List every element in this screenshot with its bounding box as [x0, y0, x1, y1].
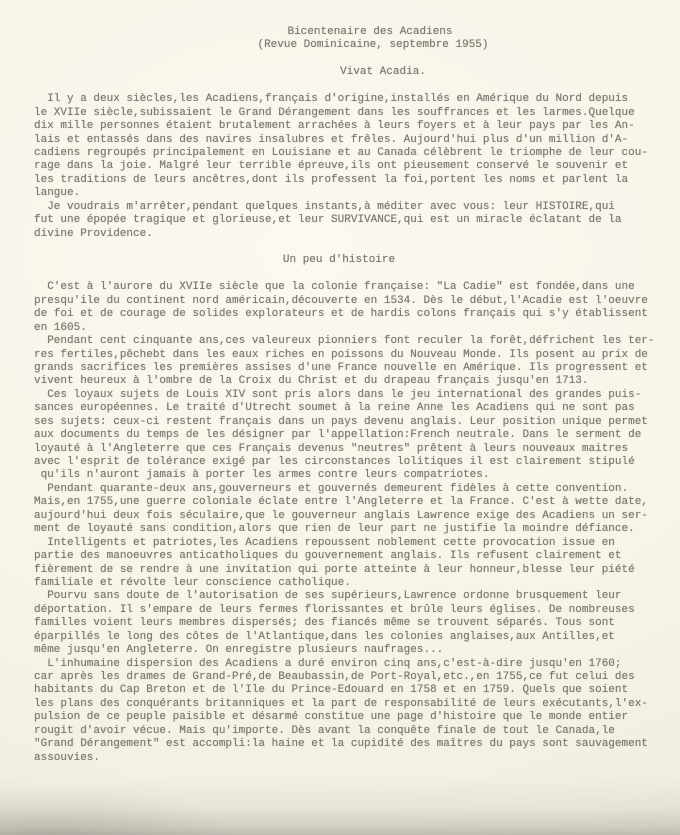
text-line: L'inhumaine dispersion des Acadiens a du… — [34, 658, 680, 671]
text-line: Pendant quarante-deux ans,gouverneurs et… — [34, 483, 680, 496]
text-line: rougit d'avoir vécue. Mais qu'importe. D… — [34, 725, 680, 738]
text-line: Mais,en 1755,une guerre coloniale éclate… — [34, 496, 680, 509]
text-line: fut une épopée tragique et glorieuse,et … — [34, 214, 680, 227]
text-line: avec l'esprit de tolérance exigé par les… — [34, 456, 680, 469]
text-line: "Grand Dérangement" est accompli:la hain… — [34, 738, 680, 751]
blank-line — [34, 268, 680, 281]
text-line: en 1605. — [34, 322, 680, 335]
text-line: aux documents du temps de les désigner p… — [34, 429, 680, 442]
blank-line — [34, 80, 680, 93]
text-line: loyauté à l'Angleterre que ces Français … — [34, 443, 680, 456]
text-line: les plans des conquérants britanniques e… — [34, 698, 680, 711]
text-line: pulsion de ce peuple paisible et désarmé… — [34, 711, 680, 724]
text-line: cadiens regroupés principalement en Loui… — [34, 147, 680, 160]
text-line: de foi et de courage de solides explorat… — [34, 308, 680, 321]
text-line: presqu'ile du continent nord américain,d… — [34, 295, 680, 308]
document-subtitle: (Revue Dominicaine, septembre 1955) — [57, 39, 680, 52]
blank-line — [34, 241, 680, 254]
text-line: ses sujets: ceux-ci restent français dan… — [34, 416, 680, 429]
text-line: sances européennes. Le traité d'Utrecht … — [34, 402, 680, 415]
text-line: familles voient leurs membres dispersés;… — [34, 617, 680, 630]
blank-line — [34, 53, 680, 66]
salutation-line: Vivat Acadia. — [67, 66, 680, 79]
text-line: vivent heureux à l'ombre de la Croix du … — [34, 375, 680, 388]
text-line: Il y a deux siècles,les Acadiens,françai… — [34, 93, 680, 106]
text-line: assouvies. — [34, 752, 680, 765]
typewritten-page: Bicentenaire des Acadiens (Revue Dominic… — [0, 0, 680, 835]
section-heading: Un peu d'histoire — [23, 254, 655, 267]
text-line: rage dans la joie. Malgré leur terrible … — [34, 160, 680, 173]
text-line: langue. — [34, 187, 680, 200]
text-line: res fertiles,pêchebt dans les eaux riche… — [34, 349, 680, 362]
intro-section: Il y a deux siècles,les Acadiens,françai… — [34, 93, 680, 241]
text-line: partie des manoeuvres anticatholiques du… — [34, 550, 680, 563]
document-title: Bicentenaire des Acadiens — [54, 26, 680, 39]
text-line: Pourvu sans doute de l'autorisation de s… — [34, 590, 680, 603]
text-line: aujourd'hui deux fois séculaire,que le g… — [34, 510, 680, 523]
history-section: C'est à l'aurore du XVIIe siècle que la … — [34, 281, 680, 765]
text-line: qu'ils n'auront jamais à porter les arme… — [34, 469, 680, 482]
text-line: Pendant cent cinquante ans,ces valeureux… — [34, 335, 680, 348]
text-line: ment de loyauté sans condition,alors que… — [34, 523, 680, 536]
text-line: déportation. Il s'empare de leurs fermes… — [34, 604, 680, 617]
text-line: fièrement de se rendre à une invitation … — [34, 564, 680, 577]
text-line: Je voudrais m'arrêter,pendant quelques i… — [34, 201, 680, 214]
text-line: lais et entassés dans des navires insalu… — [34, 134, 680, 147]
text-line: les traditions de leurs ancêtres,dont il… — [34, 174, 680, 187]
text-line: éparpillés le long des côtes de l'Atlant… — [34, 631, 680, 644]
text-line: le XVIIe siècle,subissaient le Grand Dér… — [34, 107, 680, 120]
text-line: habitants du Cap Breton et de l'Ile du P… — [34, 684, 680, 697]
text-line: Ces loyaux sujets de Louis XIV sont pris… — [34, 389, 680, 402]
text-line: C'est à l'aurore du XVIIe siècle que la … — [34, 281, 680, 294]
text-line: divine Providence. — [34, 228, 680, 241]
text-line: grands sacrifices les premières assises … — [34, 362, 680, 375]
text-line: Intelligents et patriotes,les Acadiens r… — [34, 537, 680, 550]
text-line: dix mille personnes étaient brutalement … — [34, 120, 680, 133]
text-line: car après les drames de Grand-Pré,de Bea… — [34, 671, 680, 684]
text-line: même jusqu'en Angleterre. On enregistre … — [34, 644, 680, 657]
text-line: familiale et révolte leur conscience cat… — [34, 577, 680, 590]
